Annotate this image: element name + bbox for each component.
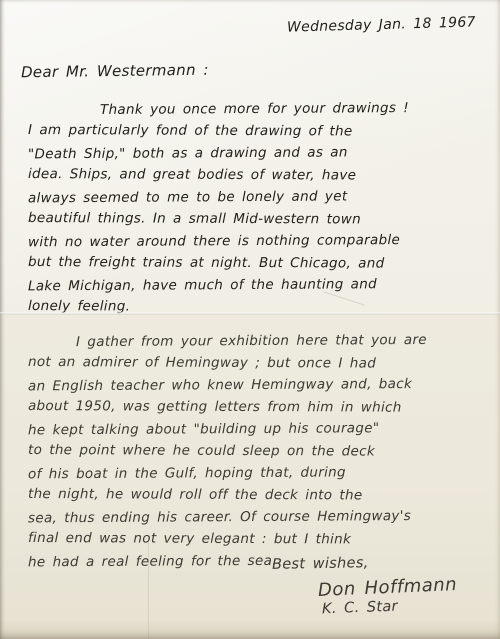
- letter-line: final end was not very elegant : but I t…: [28, 527, 480, 551]
- letter-date: Wednesday Jan. 18 1967: [287, 14, 476, 35]
- letter-line: the night, he would roll off the deck in…: [28, 483, 480, 507]
- letter-page: Wednesday Jan. 18 1967 Dear Mr. Westerma…: [0, 0, 500, 639]
- letter-line: Lake Michigan, have much of the haunting…: [28, 273, 480, 298]
- scanned-letter: Wednesday Jan. 18 1967 Dear Mr. Westerma…: [0, 0, 500, 639]
- letter-salutation: Dear Mr. Westermann :: [21, 61, 209, 82]
- letter-line: lonely feeling.: [28, 295, 480, 319]
- letter-paragraph: I gather from your exhibition here that …: [28, 330, 480, 572]
- letter-line: but the freight trains at night. But Chi…: [28, 251, 480, 275]
- letter-paragraph: Thank you once more for your drawings !I…: [28, 98, 480, 318]
- letter-line: Thank you once more for your drawings !: [28, 97, 480, 122]
- letter-line: sea, thus ending his career. Of course H…: [28, 505, 480, 530]
- letter-line: I am particularly fond of the drawing of…: [28, 119, 480, 143]
- letter-line: with no water around there is nothing co…: [28, 229, 480, 254]
- letter-body: Thank you once more for your drawings !I…: [28, 98, 480, 584]
- letter-line: an English teacher who knew Hemingway an…: [28, 373, 480, 398]
- letter-line: beautiful things. In a small Mid-western…: [28, 207, 480, 231]
- letter-line: he had a real feeling for the sea.: [28, 549, 480, 574]
- letter-line: idea. Ships, and great bodies of water, …: [28, 163, 480, 187]
- signature-organization: K. C. Star: [322, 599, 398, 618]
- letter-line: of his boat in the Gulf, hoping that, du…: [28, 461, 480, 486]
- letter-line: I gather from your exhibition here that …: [28, 329, 480, 354]
- letter-line: to the point where he could sleep on the…: [28, 439, 480, 463]
- letter-line: always seemed to me to be lonely and yet: [28, 185, 480, 210]
- letter-line: not an admirer of Hemingway ; but once I…: [28, 351, 480, 375]
- letter-closing: Best wishes,: [272, 555, 369, 573]
- letter-line: "Death Ship," both as a drawing and as a…: [28, 141, 480, 166]
- letter-line: he kept talking about "building up his c…: [28, 417, 480, 442]
- letter-line: about 1950, was getting letters from him…: [28, 395, 480, 419]
